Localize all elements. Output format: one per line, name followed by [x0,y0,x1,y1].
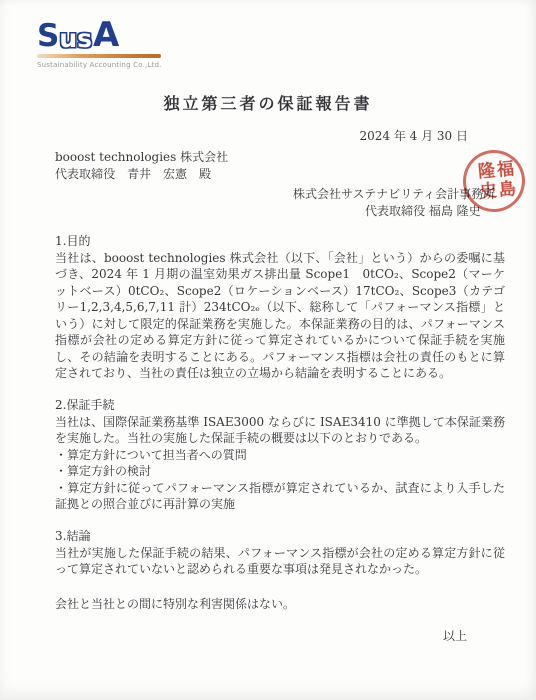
section-procedures-heading: 2.保証手続 [55,396,505,413]
hanko-seal-right-column: 福島 [493,160,513,201]
issuer-block: 株式会社サステナビリティ会計事務所 代表取締役 福島 隆史 [55,186,505,220]
independence-statement: 会社と当社との間に特別な利害関係はない。 [55,596,505,613]
logo-letter-s: S [37,23,59,51]
susa-logo-wordmark: S us A [37,20,167,51]
procedure-bullet-item: ・算定方針について担当者への質問 [55,447,505,464]
logo-subtitle: Sustainability Accounting Co.,Ltd. [37,61,167,69]
company-logo: S us A Sustainability Accounting Co.,Ltd… [37,20,167,69]
section-purpose-body: 当社は、booost technologies 株式会社（以下、「会社」という）… [55,250,505,382]
logo-letter-a: A [93,20,119,51]
section-conclusion-heading: 3.結論 [55,527,505,544]
document-title: 独立第三者の保証報告書 [55,91,481,114]
procedures-bullet-list: ・算定方針について担当者への質問 ・算定方針の検討 ・算定方針に従ってパフォーマ… [55,447,505,513]
document-date: 2024 年 4 月 30 日 [55,127,505,144]
section-purpose: 1.目的 当社は、booost technologies 株式会社（以下、「会社… [55,232,505,382]
end-mark: 以上 [55,627,505,644]
section-conclusion-body: 当社が実施した保証手続の結果、パフォーマンス指標が会社の定める算定方針に従って算… [55,545,505,578]
hanko-seal-left-column: 隆史 [474,161,494,202]
procedure-bullet-item: ・算定方針の検討 [55,463,505,480]
logo-letters-us: us [59,28,92,51]
assurance-report-page: S us A Sustainability Accounting Co.,Ltd… [0,0,536,700]
section-procedures: 2.保証手続 当社は、国際保証業務基準 ISAE3000 ならびに ISAE34… [55,396,505,513]
section-conclusion: 3.結論 当社が実施した保証手続の結果、パフォーマンス指標が会社の定める算定方針… [55,527,505,578]
procedure-bullet-item: ・算定方針に従ってパフォーマンス指標が算定されているか、試査により入手した証拠と… [55,480,505,513]
addressee-representative: 代表取締役 青井 宏憲 殿 [55,166,505,183]
section-procedures-body: 当社は、国際保証業務基準 ISAE3000 ならびに ISAE3410 に準拠し… [55,414,505,447]
addressee-block: booost technologies 株式会社 代表取締役 青井 宏憲 殿 [55,149,505,183]
addressee-company: booost technologies 株式会社 [55,149,505,166]
section-purpose-heading: 1.目的 [55,232,505,249]
